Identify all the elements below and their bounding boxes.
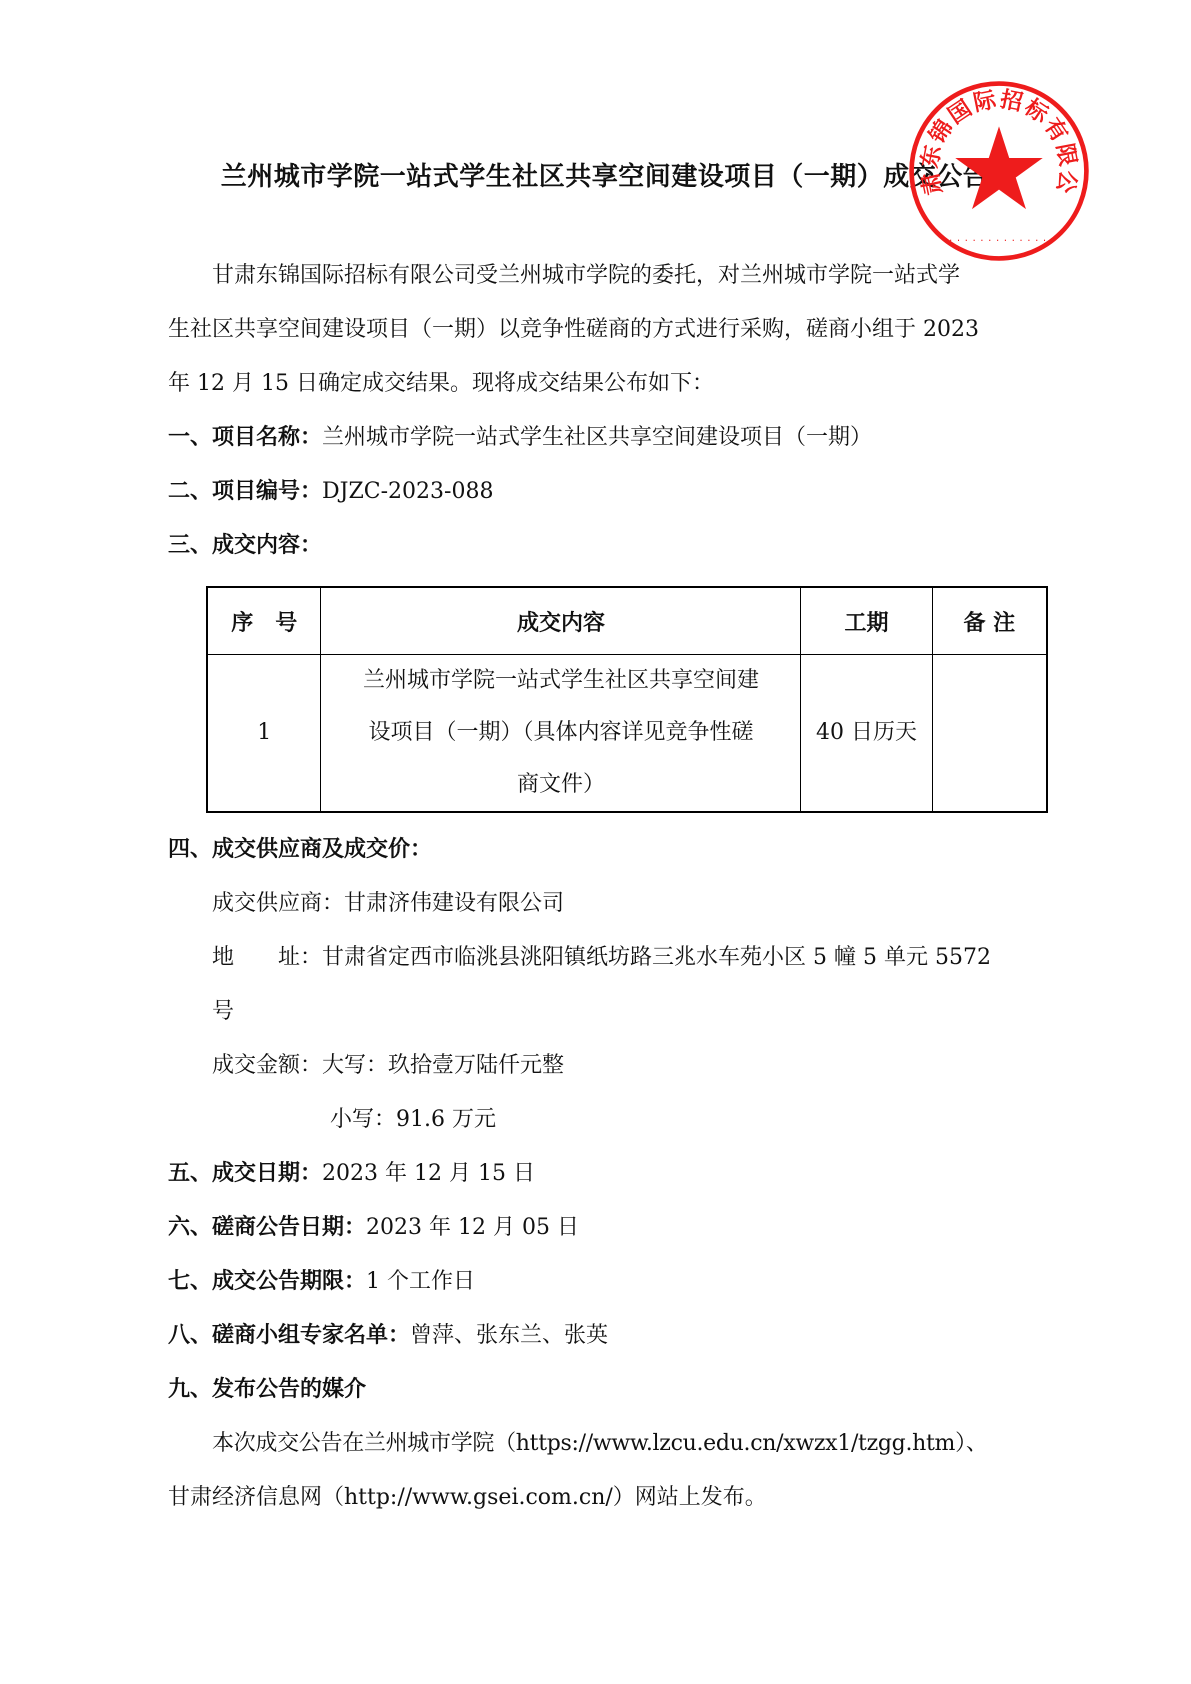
amount-upper: 大写：玖拾壹万陆仟元整 [322, 1053, 564, 1078]
table-header-row: 序 号 成交内容 工期 备 注 [207, 587, 1047, 655]
intro-line-3: 年 12 月 15 日确定成交结果。现将成交结果公布如下： [168, 369, 714, 399]
supplier-name-label: 成交供应商： [212, 891, 344, 916]
intro-line-1: 甘肃东锦国际招标有限公司受兰州城市学院的委托，对兰州城市学院一站式学 [212, 261, 960, 291]
supplier-address-label: 地 址： [212, 945, 322, 970]
section-media: 九、发布公告的媒介 [168, 1375, 366, 1405]
section-label: 八、磋商小组专家名单： [168, 1323, 410, 1348]
supplier-name: 甘肃济伟建设有限公司 [344, 891, 564, 916]
page-title: 兰州城市学院一站式学生社区共享空间建设项目（一期）成交公告 [190, 156, 1020, 193]
section-experts: 八、磋商小组专家名单：曾萍、张东兰、张英 [168, 1321, 608, 1351]
section-label: 三、成交内容： [168, 533, 322, 558]
table-row: 1 兰州城市学院一站式学生社区共享空间建 设项目（一期）（具体内容详见竞争性磋 … [207, 655, 1047, 813]
section-label: 一、项目名称： [168, 425, 322, 450]
cell-seq: 1 [207, 655, 321, 813]
section-project-number: 二、项目编号：DJZC-2023-088 [168, 477, 493, 507]
amount-lower: 小写：91.6 万元 [330, 1105, 496, 1135]
section-value: 1 个工作日 [366, 1269, 475, 1294]
section-notice-date: 六、磋商公告日期：2023 年 12 月 05 日 [168, 1213, 579, 1243]
svg-text:·············: ············· [948, 236, 1050, 246]
cell-content-line: 商文件） [335, 759, 786, 811]
section-value: 2023 年 12 月 15 日 [322, 1161, 535, 1186]
deal-content-table: 序 号 成交内容 工期 备 注 1 兰州城市学院一站式学生社区共享空间建 设项目… [206, 586, 1048, 813]
section-label: 五、成交日期： [168, 1161, 322, 1186]
cell-content-line: 设项目（一期）（具体内容详见竞争性磋 [335, 707, 786, 759]
supplier-address-cont: 号 [212, 997, 234, 1027]
intro-line-2: 生社区共享空间建设项目（一期）以竞争性磋商的方式进行采购，磋商小组于 2023 [168, 315, 979, 345]
supplier-amount-line: 成交金额：大写：玖拾壹万陆仟元整 [212, 1051, 564, 1081]
media-line-1: 本次成交公告在兰州城市学院（https://www.lzcu.edu.cn/xw… [212, 1429, 988, 1459]
section-deal-content: 三、成交内容： [168, 531, 322, 561]
section-label: 二、项目编号： [168, 479, 322, 504]
header-remark: 备 注 [932, 587, 1047, 655]
supplier-address-line: 地 址：甘肃省定西市临洮县洮阳镇纸坊路三兆水车苑小区 5 幢 5 单元 5572 [212, 943, 991, 973]
document-page: 兰州城市学院一站式学生社区共享空间建设项目（一期）成交公告 甘肃东锦国际招标有限… [0, 0, 1191, 1684]
cell-content-line: 兰州城市学院一站式学生社区共享空间建 [335, 655, 786, 707]
supplier-name-line: 成交供应商：甘肃济伟建设有限公司 [212, 889, 564, 919]
section-project-name: 一、项目名称：兰州城市学院一站式学生社区共享空间建设项目（一期） [168, 423, 872, 453]
media-line-2: 甘肃经济信息网（http://www.gsei.com.cn/）网站上发布。 [168, 1483, 767, 1513]
section-label: 六、磋商公告日期： [168, 1215, 366, 1240]
section-supplier: 四、成交供应商及成交价： [168, 835, 432, 865]
section-label: 九、发布公告的媒介 [168, 1377, 366, 1402]
section-deal-date: 五、成交日期：2023 年 12 月 15 日 [168, 1159, 535, 1189]
header-seq: 序 号 [207, 587, 321, 655]
section-label: 四、成交供应商及成交价： [168, 837, 432, 862]
amount-label: 成交金额： [212, 1053, 322, 1078]
section-value: 兰州城市学院一站式学生社区共享空间建设项目（一期） [322, 425, 872, 450]
section-label: 七、成交公告期限： [168, 1269, 366, 1294]
cell-remark [932, 655, 1047, 813]
supplier-address: 甘肃省定西市临洮县洮阳镇纸坊路三兆水车苑小区 5 幢 5 单元 5572 [322, 945, 991, 970]
section-value: DJZC-2023-088 [322, 479, 493, 504]
header-period: 工期 [801, 587, 932, 655]
section-notice-period: 七、成交公告期限：1 个工作日 [168, 1267, 475, 1297]
header-content: 成交内容 [321, 587, 801, 655]
section-value: 曾萍、张东兰、张英 [410, 1323, 608, 1348]
section-value: 2023 年 12 月 05 日 [366, 1215, 579, 1240]
cell-period: 40 日历天 [801, 655, 932, 813]
cell-content: 兰州城市学院一站式学生社区共享空间建 设项目（一期）（具体内容详见竞争性磋 商文… [321, 655, 801, 813]
